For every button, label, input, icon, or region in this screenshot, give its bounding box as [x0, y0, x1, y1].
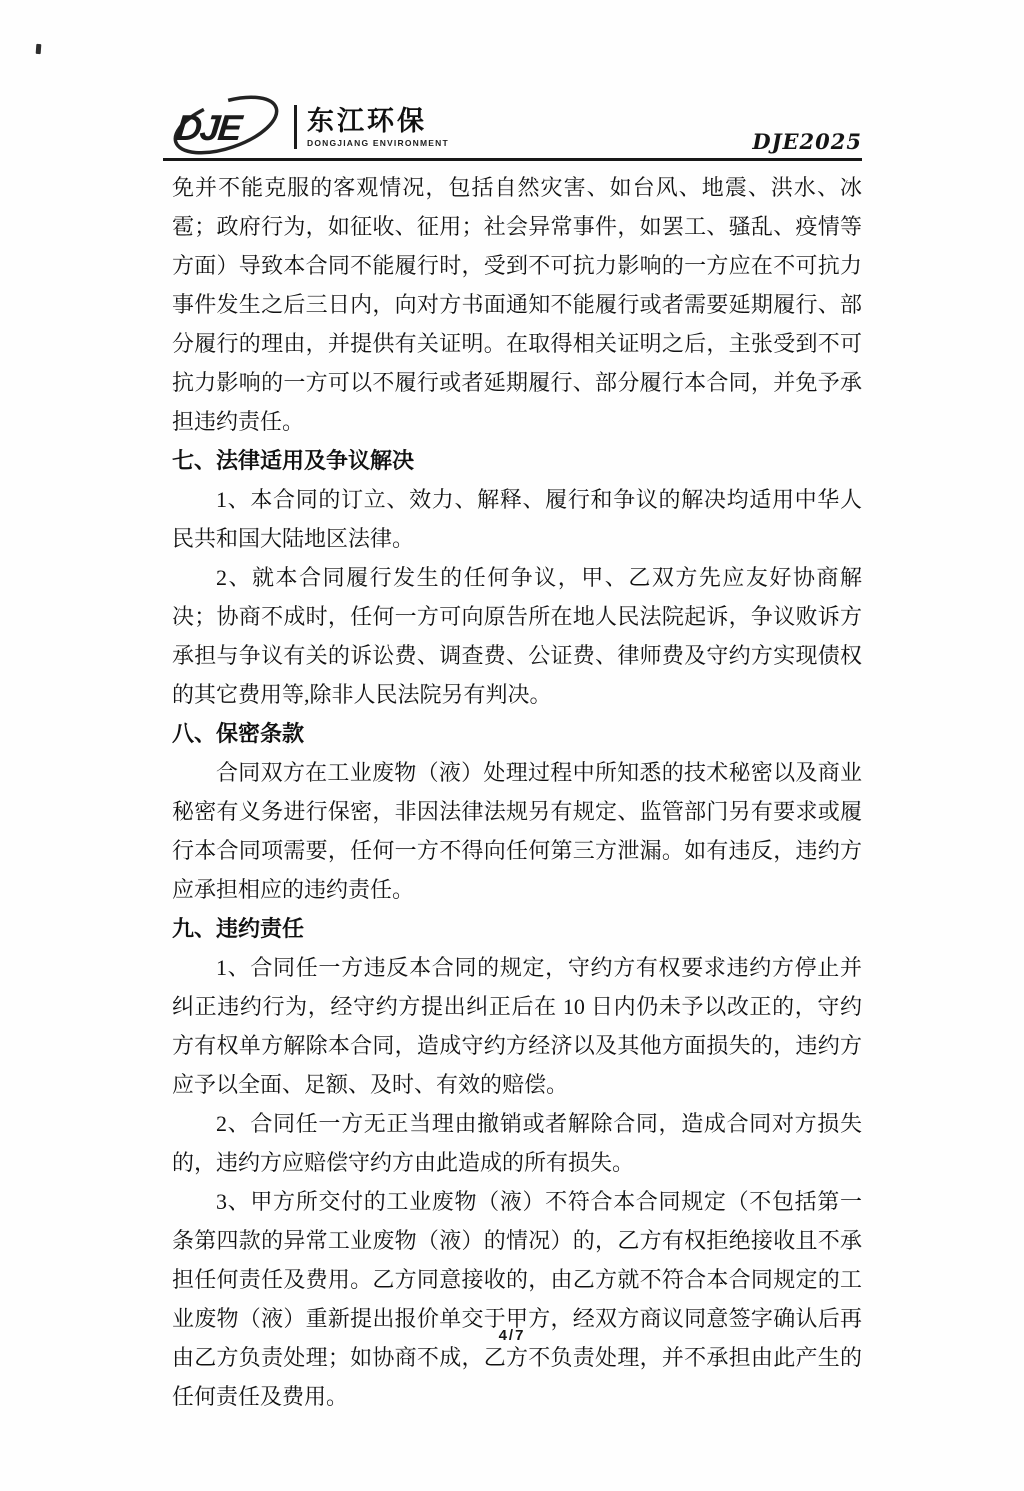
paragraph-breach-item-3: 3、甲方所交付的工业废物（液）不符合本合同规定（不包括第一条第四款的异常工业废物…	[172, 1182, 862, 1416]
logo-names: 东江环保 DONGJIANG ENVIRONMENT	[307, 106, 449, 148]
section-heading-law-dispute: 七、法律适用及争议解决	[172, 441, 862, 480]
logo-acronym: DJE	[174, 107, 242, 149]
paragraph-law-item-1: 1、本合同的订立、效力、解释、履行和争议的解决均适用中华人民共和国大陆地区法律。	[172, 480, 862, 558]
contract-document-page: DJE 东江环保 DONGJIANG ENVIRONMENT DJE2025 免…	[0, 0, 1024, 1491]
company-name-cn: 东江环保	[307, 106, 449, 136]
company-logo: DJE 东江环保 DONGJIANG ENVIRONMENT	[166, 94, 449, 160]
section-heading-confidentiality: 八、保密条款	[172, 714, 862, 753]
section-heading-breach-liability: 九、违约责任	[172, 909, 862, 948]
page-footer: 4/7	[0, 1327, 1024, 1345]
logo-divider	[294, 105, 297, 149]
header-rule	[163, 158, 862, 161]
paragraph-confidentiality: 合同双方在工业废物（液）处理过程中所知悉的技术秘密以及商业秘密有义务进行保密，非…	[172, 753, 862, 909]
dje-logo-icon: DJE	[166, 94, 286, 160]
paragraph-law-item-2: 2、就本合同履行发生的任何争议，甲、乙双方先应友好协商解决；协商不成时，任何一方…	[172, 558, 862, 714]
paragraph-breach-item-1: 1、合同任一方违反本合同的规定，守约方有权要求违约方停止并纠正违约行为，经守约方…	[172, 948, 862, 1104]
company-name-en: DONGJIANG ENVIRONMENT	[307, 138, 449, 148]
contract-body: 免并不能克服的客观情况，包括自然灾害、如台风、地震、洪水、冰雹；政府行为，如征收…	[172, 168, 862, 1416]
paragraph-force-majeure-continuation: 免并不能克服的客观情况，包括自然灾害、如台风、地震、洪水、冰雹；政府行为，如征收…	[172, 168, 862, 441]
paragraph-breach-item-2: 2、合同任一方无正当理由撤销或者解除合同，造成合同对方损失的，违约方应赔偿守约方…	[172, 1104, 862, 1182]
document-code: DJE2025	[752, 129, 862, 154]
page-number: 4/7	[499, 1327, 526, 1344]
scan-artifact-mark	[36, 44, 42, 54]
